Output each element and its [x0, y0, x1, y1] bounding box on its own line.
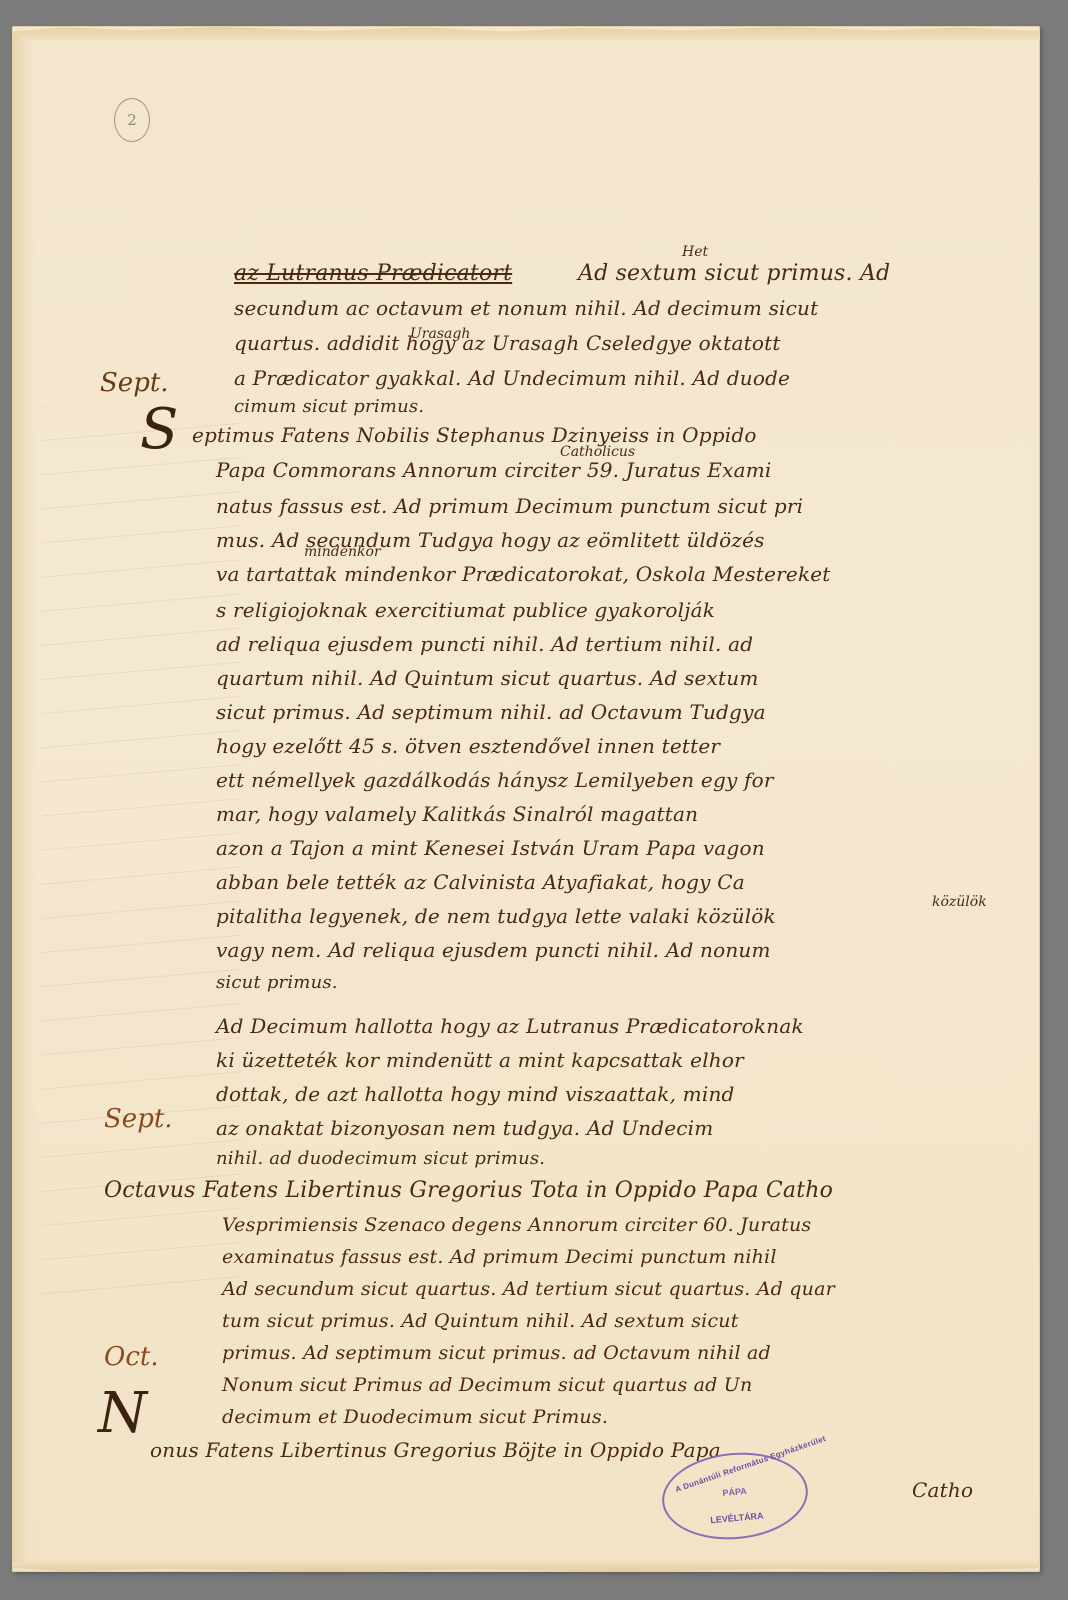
interlinear-insertion: Het — [682, 244, 708, 260]
text-line: natus fassus est. Ad primum Decimum punc… — [216, 494, 803, 518]
decorated-initial-n: N — [98, 1386, 147, 1442]
text-line: quartus. addidit hogy az Urasagh Cseledg… — [234, 331, 781, 355]
text-line: nihil. ad duodecimum sicut primus. — [216, 1148, 545, 1169]
struck-heading: az Lutranus Prædicatort — [234, 261, 512, 286]
paper-left-edge — [12, 36, 36, 1562]
text-line: va tartattak mindenkor Prædicatorokat, O… — [216, 562, 831, 586]
text-line: eptimus Fatens Nobilis Stephanus Dzinyei… — [192, 423, 757, 447]
text-line: az onaktat bizonyosan nem tudgya. Ad Und… — [216, 1116, 713, 1140]
text-line: Ad secundum sicut quartus. Ad tertium si… — [222, 1278, 835, 1300]
text-line: ad reliqua ejusdem puncti nihil. Ad tert… — [216, 632, 753, 656]
text-line: cimum sicut primus. — [234, 396, 424, 417]
margin-note-sept-2: Sept. — [104, 1104, 173, 1134]
folio-number: 2 — [127, 111, 137, 129]
text-line: s religiojoknak exercitiumat publice gya… — [216, 598, 715, 622]
text-line: Vesprimiensis Szenaco degens Annorum cir… — [222, 1214, 811, 1236]
text-line: hogy ezelőtt 45 s. ötven esztendővel inn… — [216, 734, 720, 758]
manuscript-page: 2 Het az Lutranus Prædicatort Ad sextum … — [12, 26, 1040, 1572]
text-line: vagy nem. Ad reliqua ejusdem puncti nihi… — [216, 938, 771, 962]
text-line: ett némellyek gazdálkodás hánysz Lemilye… — [216, 768, 774, 792]
text-line: mar, hogy valamely Kalitkás Sinalról mag… — [216, 802, 698, 826]
text-line: sicut primus. — [216, 972, 338, 993]
text-line: onus Fatens Libertinus Gregorius Böjte i… — [150, 1438, 721, 1462]
text-line: pitalitha legyenek, de nem tudgya lette … — [216, 904, 776, 928]
margin-note-sept: Sept. — [100, 368, 169, 398]
text-line: tum sicut primus. Ad Quintum nihil. Ad s… — [222, 1310, 739, 1332]
text-line: examinatus fassus est. Ad primum Decimi … — [222, 1246, 777, 1268]
text-line: ki üzetteték kor mindenütt a mint kapcsa… — [216, 1048, 744, 1072]
decorated-initial-s: S — [140, 402, 178, 458]
text-line: decimum et Duodecimum sicut Primus. — [222, 1406, 608, 1428]
text-line: secundum ac octavum et nonum nihil. Ad d… — [234, 296, 818, 320]
text-line: Papa Commorans Annorum circiter 59. Jura… — [216, 458, 771, 482]
text-line-octavus-heading: Octavus Fatens Libertinus Gregorius Tota… — [104, 1178, 833, 1203]
interlinear-insertion: közülök — [932, 894, 987, 910]
text-line: azon a Tajon a mint Kenesei István Uram … — [216, 836, 765, 860]
catchword: Catho — [912, 1478, 973, 1502]
text-line: Ad sextum sicut primus. Ad — [578, 261, 890, 286]
text-line: a Prædicator gyakkal. Ad Undecimum nihil… — [234, 366, 790, 390]
text-line: sicut primus. Ad septimum nihil. ad Octa… — [216, 700, 766, 724]
stamp-archive: LEVÉLTÁRA — [666, 1507, 808, 1529]
margin-note-oct: Oct. — [104, 1342, 159, 1372]
interlinear-insertion: mindenkor — [304, 544, 381, 560]
text-line: Ad Decimum hallotta hogy az Lutranus Præ… — [216, 1014, 804, 1038]
text-line: Nonum sicut Primus ad Decimum sicut quar… — [222, 1374, 752, 1396]
text-line: mus. Ad secundum Tudgya hogy az eömlitet… — [216, 528, 765, 552]
text-line: dottak, de azt hallotta hogy mind viszaa… — [216, 1082, 735, 1106]
bleed-through-ink — [42, 406, 242, 1306]
text-line: quartum nihil. Ad Quintum sicut quartus.… — [216, 666, 759, 690]
text-line: abban bele tették az Calvinista Atyafiak… — [216, 870, 745, 894]
text-line: primus. Ad septimum sicut primus. ad Oct… — [222, 1342, 771, 1364]
folio-number-mark: 2 — [114, 98, 150, 142]
